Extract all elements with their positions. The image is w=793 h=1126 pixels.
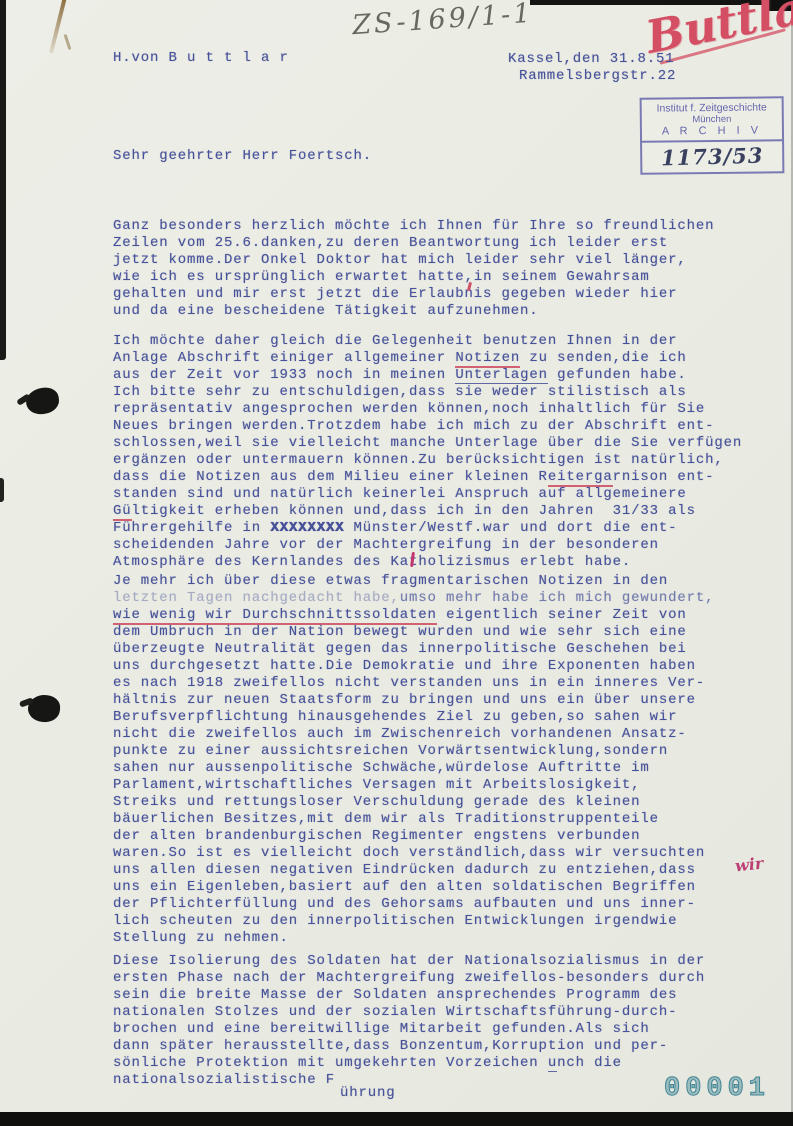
typed-text: ergänzen oder untermauern können.Zu berü…	[113, 452, 724, 468]
typed-text: jetzt komme.Der Onkel Doktor hat mich le…	[113, 252, 687, 268]
typed-text: Berufsverpflichtung hinausgehendes Ziel …	[113, 709, 677, 725]
typed-line: punkte zu einer aussichtsreichen Vorwärt…	[113, 743, 714, 760]
typed-text: Gü	[113, 503, 132, 521]
typed-line: letzten Tagen nachgedacht habe,umso mehr…	[113, 590, 714, 607]
typed-line: brochen und eine bereitwillige Mitarbeit…	[113, 1021, 705, 1038]
typed-line: schlossen,weil sie vielleicht manche Unt…	[113, 435, 742, 452]
typed-line: der Pflichterfüllung und des Gehorsams a…	[113, 896, 714, 913]
archive-stamp-archiv: A R C H I V	[644, 124, 780, 138]
typed-text: gehalten und mir erst jetzt die Erlaubni…	[113, 286, 677, 302]
typed-line: Diese Isolierung des Soldaten hat der Na…	[113, 953, 705, 970]
typed-text: schlossen,weil sie vielleicht manche Unt…	[113, 435, 742, 451]
typed-text: der Pflichterfüllung und des Gehorsams a…	[113, 896, 696, 912]
typed-text: aus der Zeit vor 1933 noch in meinen	[113, 367, 455, 383]
typed-text: Zeilen vom 25.6.danken,zu deren Beantwor…	[113, 235, 668, 251]
archive-number-handwritten: 1173/53	[642, 140, 783, 174]
typed-text: Diese Isolierung des Soldaten hat der Na…	[113, 953, 705, 969]
typed-text: ltigkeit erheben können und,dass ich in …	[132, 503, 696, 519]
typed-line: repräsentativ angesprochen werden können…	[113, 401, 742, 418]
typed-line: Atmosphäre des Kernlandes des Katholizis…	[113, 554, 742, 571]
typed-text: der alten brandenburgischen Regimenter e…	[113, 828, 640, 844]
typed-text: gefunden habe.	[548, 367, 687, 383]
typed-text: hältnis zur neuen Staatsform zu bringen …	[113, 692, 696, 708]
typed-text: ,	[465, 269, 474, 285]
typed-line: sönliche Protektion mit umgekehrten Vorz…	[113, 1055, 705, 1072]
typed-text: überzeugte Neutralität gegen das innerpo…	[113, 641, 687, 657]
typed-line: Je mehr ich über diese etwas fragmentari…	[113, 573, 714, 590]
archive-stamp: Institut f. Zeitgeschichte München A R C…	[640, 96, 785, 175]
typed-line: Streiks und rettungsloser Verschuldung g…	[113, 794, 714, 811]
scan-edge-bottom	[0, 1112, 793, 1126]
archive-stamp-institute: Institut f. Zeitgeschichte	[644, 101, 780, 114]
typed-line: ersten Phase nach der Machtergreifung zw…	[113, 970, 705, 987]
typed-line: Neues bringen werden.Trotzdem habe ich m…	[113, 418, 742, 435]
typed-text: Neues bringen werden.Trotzdem habe ich m…	[113, 418, 714, 434]
typed-line: überzeugte Neutralität gegen das innerpo…	[113, 641, 714, 658]
typed-line: jetzt komme.Der Onkel Doktor hat mich le…	[113, 252, 714, 269]
typed-line: Zeilen vom 25.6.danken,zu deren Beantwor…	[113, 235, 714, 252]
margin-insertion-red: wir	[734, 854, 764, 876]
typed-line: uns allen diesen negativen Eindrücken da…	[113, 862, 714, 879]
typed-line: nationalen Stolzes und der sozialen Wirt…	[113, 1004, 705, 1021]
typed-line: ergänzen oder untermauern können.Zu berü…	[113, 452, 742, 469]
typed-text: ersten Phase nach der Machtergreifung zw…	[113, 970, 705, 986]
typed-line: dass die Notizen aus dem Milieu einer kl…	[113, 469, 742, 486]
typed-text: rnison ent-	[613, 469, 715, 485]
typed-line: Stellung zu nehmen.	[113, 930, 714, 947]
typed-line: es nach 1918 zweifellos nicht verstanden…	[113, 675, 714, 692]
typed-line: uns durchgesetzt hatte.Die Demokratie un…	[113, 658, 714, 675]
scan-edge-left	[0, 0, 6, 360]
typed-text: eiterga	[548, 469, 613, 487]
typed-line: Gültigkeit erheben können und,dass ich i…	[113, 503, 742, 520]
typed-text: Atmosphäre des Kernlandes des Ka	[113, 554, 409, 570]
typed-text: waren.So ist es vielleicht doch verständ…	[113, 845, 705, 861]
typed-line: lich scheuten zu den innerpolitischen En…	[113, 913, 714, 930]
typed-text: brochen und eine bereitwillige Mitarbeit…	[113, 1021, 650, 1037]
typed-line: Ich bitte sehr zu entschuldigen,dass sie…	[113, 384, 742, 401]
typed-line: der alten brandenburgischen Regimenter e…	[113, 828, 714, 845]
typed-line: und da eine bescheidene Tätigkeit aufzun…	[113, 303, 714, 320]
salutation: Sehr geehrter Herr Foertsch.	[113, 148, 372, 164]
typed-line: Ich möchte daher gleich die Gelegenheit …	[113, 333, 742, 350]
typed-line: sein die breite Masse der Soldaten anspr…	[113, 987, 705, 1004]
typed-text: bäuerlichen Besitzes,mit dem wir als Tra…	[113, 811, 659, 827]
typed-text: u	[548, 1055, 557, 1072]
page-number-stamp: 00001	[664, 1074, 770, 1104]
typed-text: Je mehr ich über diese etwas fragmentari…	[113, 573, 668, 589]
typed-line: dem Umbruch in der Nation bewegt wurden …	[113, 624, 714, 641]
typed-line: Berufsverpflichtung hinausgehendes Ziel …	[113, 709, 714, 726]
typed-line: waren.So ist es vielleicht doch verständ…	[113, 845, 714, 862]
typed-text: Führergehilfe in	[113, 520, 270, 536]
typed-text: nationalen Stolzes und der sozialen Wirt…	[113, 1004, 677, 1020]
typed-text: sein die breite Masse der Soldaten anspr…	[113, 987, 677, 1003]
place-and-date: Kassel,den 31.8.51	[508, 51, 675, 67]
typed-line: hältnis zur neuen Staatsform zu bringen …	[113, 692, 714, 709]
typed-line: wie ich es ursprünglich erwartet hatte,i…	[113, 269, 714, 286]
typed-line: Anlage Abschrift einiger allgemeiner Not…	[113, 350, 742, 367]
typed-text: Notizen	[455, 350, 520, 368]
typed-text: uns ein Eigenleben,basiert auf den alten…	[113, 879, 696, 895]
typed-line: sahen nur aussenpolitische Schwäche,würd…	[113, 760, 714, 777]
typed-text: Unterlagen	[455, 367, 548, 384]
typed-text: scheidenden Jahre vor der Machtergreifun…	[113, 537, 659, 553]
typed-text: letzten Tagen nachgedacht habe,	[113, 590, 400, 606]
paragraph: Ganz besonders herzlich möchte ich Ihnen…	[113, 218, 714, 320]
typed-text: Ich bitte sehr zu entschuldigen,dass sie…	[113, 384, 687, 400]
typed-text: in seinem Gewahrsam	[474, 269, 650, 285]
punch-hole-top	[24, 386, 60, 416]
typed-line: gehalten und mir erst jetzt die Erlaubni…	[113, 286, 714, 303]
typed-text: dass die Notizen aus dem Milieu einer kl…	[113, 469, 548, 485]
paragraph: Diese Isolierung des Soldaten hat der Na…	[113, 953, 705, 1089]
typed-line: nicht die zweifellos auch im Zwischenrei…	[113, 726, 714, 743]
typed-text: sönliche Protektion mit umgekehrten Vorz…	[113, 1055, 548, 1071]
typed-text: Parlament,wirtschaftliches Versagen mit …	[113, 777, 640, 793]
typed-line: uns ein Eigenleben,basiert auf den alten…	[113, 879, 714, 896]
typed-text: Streiks und rettungsloser Verschuldung g…	[113, 794, 640, 810]
typed-line: aus der Zeit vor 1933 noch in meinen Unt…	[113, 367, 742, 384]
punch-hole-bottom	[27, 694, 61, 724]
paper-stain	[49, 0, 67, 54]
scan-edge-left-mark	[0, 478, 4, 502]
typed-text: repräsentativ angesprochen werden können…	[113, 401, 705, 417]
handwritten-file-reference: ZS-169/1-1	[351, 0, 534, 41]
scanned-letter-page: ZS-169/1-1 Buttlar H.von B u t t l a r K…	[0, 0, 793, 1126]
typed-line: standen sind und natürlich keinerlei Ans…	[113, 486, 742, 503]
typed-text: Anlage Abschrift einiger allgemeiner	[113, 350, 455, 366]
typed-text: zu senden,die ich	[520, 350, 687, 366]
typed-text: XXXXXXXX	[270, 520, 344, 536]
typed-text: Münster/Westf.war und dort die ent-	[344, 520, 677, 536]
sender-address: Rammelsbergstr.22	[519, 68, 676, 84]
typed-text: holizismus erlebt habe.	[418, 554, 631, 570]
typed-text: punkte zu einer aussichtsreichen Vorwärt…	[113, 743, 668, 759]
typed-text: wie ich es ursprünglich erwartet hatte	[113, 269, 465, 285]
typed-text: umso mehr habe ich mich gewundert,	[400, 590, 715, 606]
archive-stamp-header: Institut f. Zeitgeschichte München A R C…	[642, 98, 782, 142]
typed-text: nationalsozialistische F	[113, 1072, 335, 1088]
typed-line: bäuerlichen Besitzes,mit dem wir als Tra…	[113, 811, 714, 828]
typed-text: nch die	[557, 1055, 622, 1071]
typed-text: dann später herausstellte,dass Bonzentum…	[113, 1038, 668, 1054]
typed-line: nationalsozialistische F	[113, 1072, 705, 1089]
typed-line: Parlament,wirtschaftliches Versagen mit …	[113, 777, 714, 794]
typed-line: scheidenden Jahre vor der Machtergreifun…	[113, 537, 742, 554]
typed-text: nicht die zweifellos auch im Zwischenrei…	[113, 726, 687, 742]
typed-text: es nach 1918 zweifellos nicht verstanden…	[113, 675, 705, 691]
typed-text: Ich möchte daher gleich die Gelegenheit …	[113, 333, 677, 349]
paper-stain-small	[64, 34, 72, 50]
typed-line: Ganz besonders herzlich möchte ich Ihnen…	[113, 218, 714, 235]
typed-line: wie wenig wir Durchschnittssoldaten eige…	[113, 607, 714, 624]
typed-line: Führergehilfe in XXXXXXXX Münster/Westf.…	[113, 520, 742, 537]
sender-name: H.von B u t t l a r	[113, 50, 289, 66]
typed-line: dann später herausstellte,dass Bonzentum…	[113, 1038, 705, 1055]
typed-text: Ganz besonders herzlich möchte ich Ihnen…	[113, 218, 714, 234]
typed-text: uns durchgesetzt hatte.Die Demokratie un…	[113, 658, 696, 674]
paragraph: Je mehr ich über diese etwas fragmentari…	[113, 573, 714, 947]
typed-text: t	[409, 554, 418, 570]
typed-text: und da eine bescheidene Tätigkeit aufzun…	[113, 303, 539, 319]
typed-text: uns allen diesen negativen Eindrücken da…	[113, 862, 696, 878]
hanging-word: ührung	[340, 1085, 396, 1101]
typed-text: lich scheuten zu den innerpolitischen En…	[113, 913, 677, 929]
typed-text: eigentlich seiner Zeit von	[437, 607, 687, 623]
paragraph: Ich möchte daher gleich die Gelegenheit …	[113, 333, 742, 571]
typed-text: wie wenig wir Durchschnittssoldaten	[113, 607, 437, 625]
typed-text: sahen nur aussenpolitische Schwäche,würd…	[113, 760, 650, 776]
typed-text: Stellung zu nehmen.	[113, 930, 289, 946]
typed-text: standen sind und natürlich keinerlei Ans…	[113, 486, 687, 502]
typed-text: dem Umbruch in der Nation bewegt wurden …	[113, 624, 687, 640]
